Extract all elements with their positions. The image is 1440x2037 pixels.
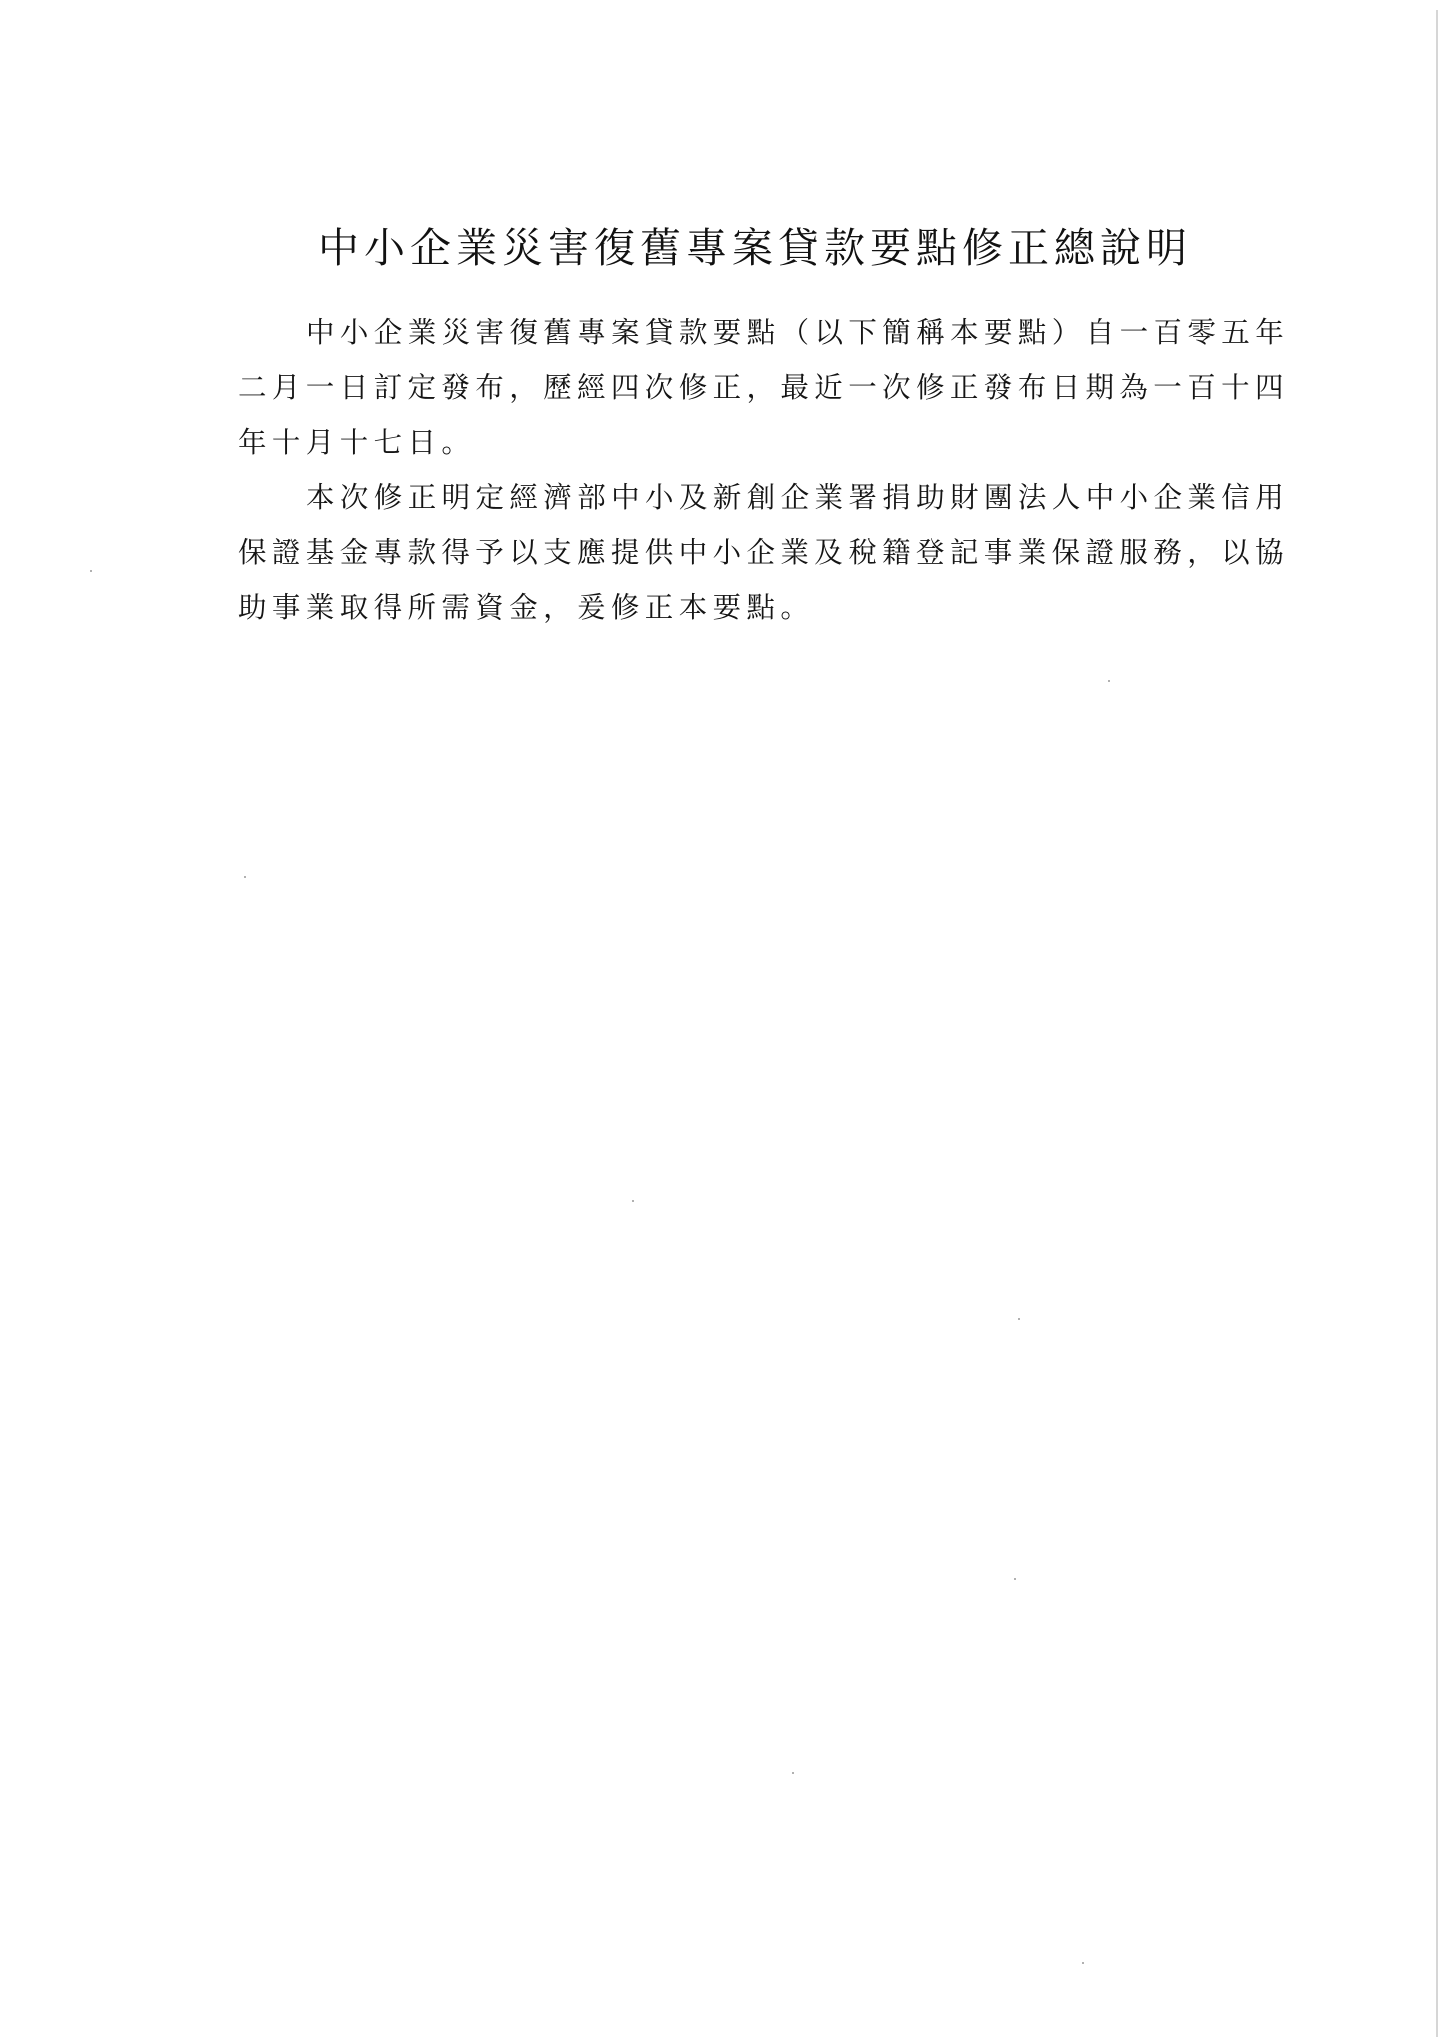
- scan-speck: [1108, 680, 1110, 682]
- scan-speck: [420, 440, 422, 442]
- scan-speck: [1014, 1578, 1016, 1580]
- document-page: 中小企業災害復舊專案貸款要點修正總說明 中小企業災害復舊專案貸款要點（以下簡稱本…: [0, 0, 1440, 2037]
- scan-speck: [90, 570, 92, 572]
- scan-speck: [1082, 1962, 1084, 1964]
- paragraph-line: 保證基金專款得予以支應提供中小企業及稅籍登記事業保證服務，以協: [238, 525, 1248, 580]
- scan-speck: [632, 1200, 634, 1202]
- scan-speck: [1018, 1318, 1020, 1320]
- paragraph-line: 助事業取得所需資金，爰修正本要點。: [238, 580, 1248, 635]
- scan-edge-line: [1436, 10, 1438, 2037]
- paragraph-2: 本次修正明定經濟部中小及新創企業署捐助財團法人中小企業信用 保證基金專款得予以支…: [238, 470, 1248, 635]
- paragraph-line: 本次修正明定經濟部中小及新創企業署捐助財團法人中小企業信用: [238, 470, 1248, 525]
- document-title: 中小企業災害復舊專案貸款要點修正總說明: [318, 218, 1178, 278]
- paragraph-1: 中小企業災害復舊專案貸款要點（以下簡稱本要點）自一百零五年 二月一日訂定發布，歷…: [238, 305, 1248, 470]
- paragraph-line: 中小企業災害復舊專案貸款要點（以下簡稱本要點）自一百零五年: [238, 305, 1248, 360]
- scan-speck: [244, 876, 246, 878]
- paragraph-line: 二月一日訂定發布，歷經四次修正，最近一次修正發布日期為一百十四: [238, 360, 1248, 415]
- scan-speck: [792, 1772, 794, 1774]
- paragraph-line: 年十月十七日。: [238, 415, 1248, 470]
